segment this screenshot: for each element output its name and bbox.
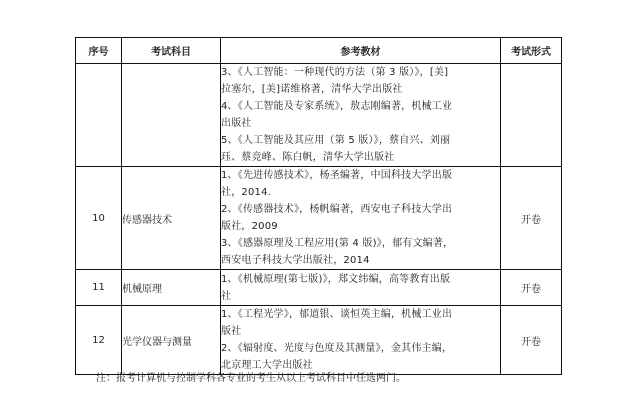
reference-line: 1、《先进传感技术》，杨圣编著，中国科技大学出版 [221, 167, 500, 184]
reference-line: 3、《人工智能：一种现代的方法（第 3 版）》，[美] [221, 64, 500, 81]
reference-line: 2、《传感器技术》，杨帆编著，西安电子科技大学出 [221, 201, 500, 218]
reference-line: 1、《工程光学》，郁道银、谈恒英主编，机械工业出 [221, 306, 500, 323]
header-references: 参考教材 [221, 38, 501, 64]
reference-line: 1、《机械原理(第七版)》，郑文纬编，高等教育出版 [221, 271, 500, 288]
reference-line: 5、《人工智能及其应用（第 5 版）》，蔡自兴、刘丽 [221, 132, 500, 149]
row-subject: 光学仪器与测量 [122, 306, 221, 375]
header-subject: 考试科目 [122, 38, 221, 64]
reference-line: 3、《感器原理及工程应用(第 4 版)》，郁有文编著， [221, 235, 500, 252]
reference-line: 拉塞尔，[美]诺维格著，清华大学出版社 [221, 81, 500, 98]
row-no: 10 [76, 167, 122, 270]
footnote: 注：报考计算机与控制学科各专业的考生从以上考试科目中任选两门。 [96, 369, 406, 384]
reference-line: 出版社 [221, 115, 500, 132]
header-exam-form: 考试形式 [501, 38, 562, 64]
reference-line: 珏、蔡竞峰、陈白帆，清华大学出版社 [221, 149, 500, 166]
header-no: 序号 [76, 38, 122, 64]
row-references: 3、《人工智能：一种现代的方法（第 3 版）》，[美] 拉塞尔，[美]诺维格著，… [221, 64, 501, 167]
exam-subjects-table: 序号 考试科目 参考教材 考试形式 3、《人工智能：一种现代的方法（第 3 版）… [75, 37, 562, 375]
row-exam-form: 开卷 [501, 167, 562, 270]
row-subject [122, 64, 221, 167]
reference-line: 版社 [221, 323, 500, 340]
reference-line: 社，2014. [221, 184, 500, 201]
table-row: 3、《人工智能：一种现代的方法（第 3 版）》，[美] 拉塞尔，[美]诺维格著，… [76, 64, 562, 167]
row-exam-form: 开卷 [501, 270, 562, 306]
table-header-row: 序号 考试科目 参考教材 考试形式 [76, 38, 562, 64]
reference-line: 版社，2009 [221, 218, 500, 235]
row-no: 12 [76, 306, 122, 375]
row-references: 1、《先进传感技术》，杨圣编著，中国科技大学出版 社，2014. 2、《传感器技… [221, 167, 501, 270]
reference-line: 西安电子科技大学出版社，2014 [221, 252, 500, 269]
row-references: 1、《机械原理(第七版)》，郑文纬编，高等教育出版 社 [221, 270, 501, 306]
row-references: 1、《工程光学》，郁道银、谈恒英主编，机械工业出 版社 2、《辐射度、光度与色度… [221, 306, 501, 375]
row-exam-form [501, 64, 562, 167]
table-row: 12 光学仪器与测量 1、《工程光学》，郁道银、谈恒英主编，机械工业出 版社 2… [76, 306, 562, 375]
table-row: 11 机械原理 1、《机械原理(第七版)》，郑文纬编，高等教育出版 社 开卷 [76, 270, 562, 306]
table-row: 10 传感器技术 1、《先进传感技术》，杨圣编著，中国科技大学出版 社，2014… [76, 167, 562, 270]
row-subject: 机械原理 [122, 270, 221, 306]
reference-line: 社 [221, 288, 500, 305]
reference-line: 4、《人工智能及专家系统》，敖志刚编著，机械工业 [221, 98, 500, 115]
row-subject: 传感器技术 [122, 167, 221, 270]
row-exam-form: 开卷 [501, 306, 562, 375]
reference-line: 2、《辐射度、光度与色度及其测量》，金其伟主编， [221, 340, 500, 357]
row-no [76, 64, 122, 167]
row-no: 11 [76, 270, 122, 306]
